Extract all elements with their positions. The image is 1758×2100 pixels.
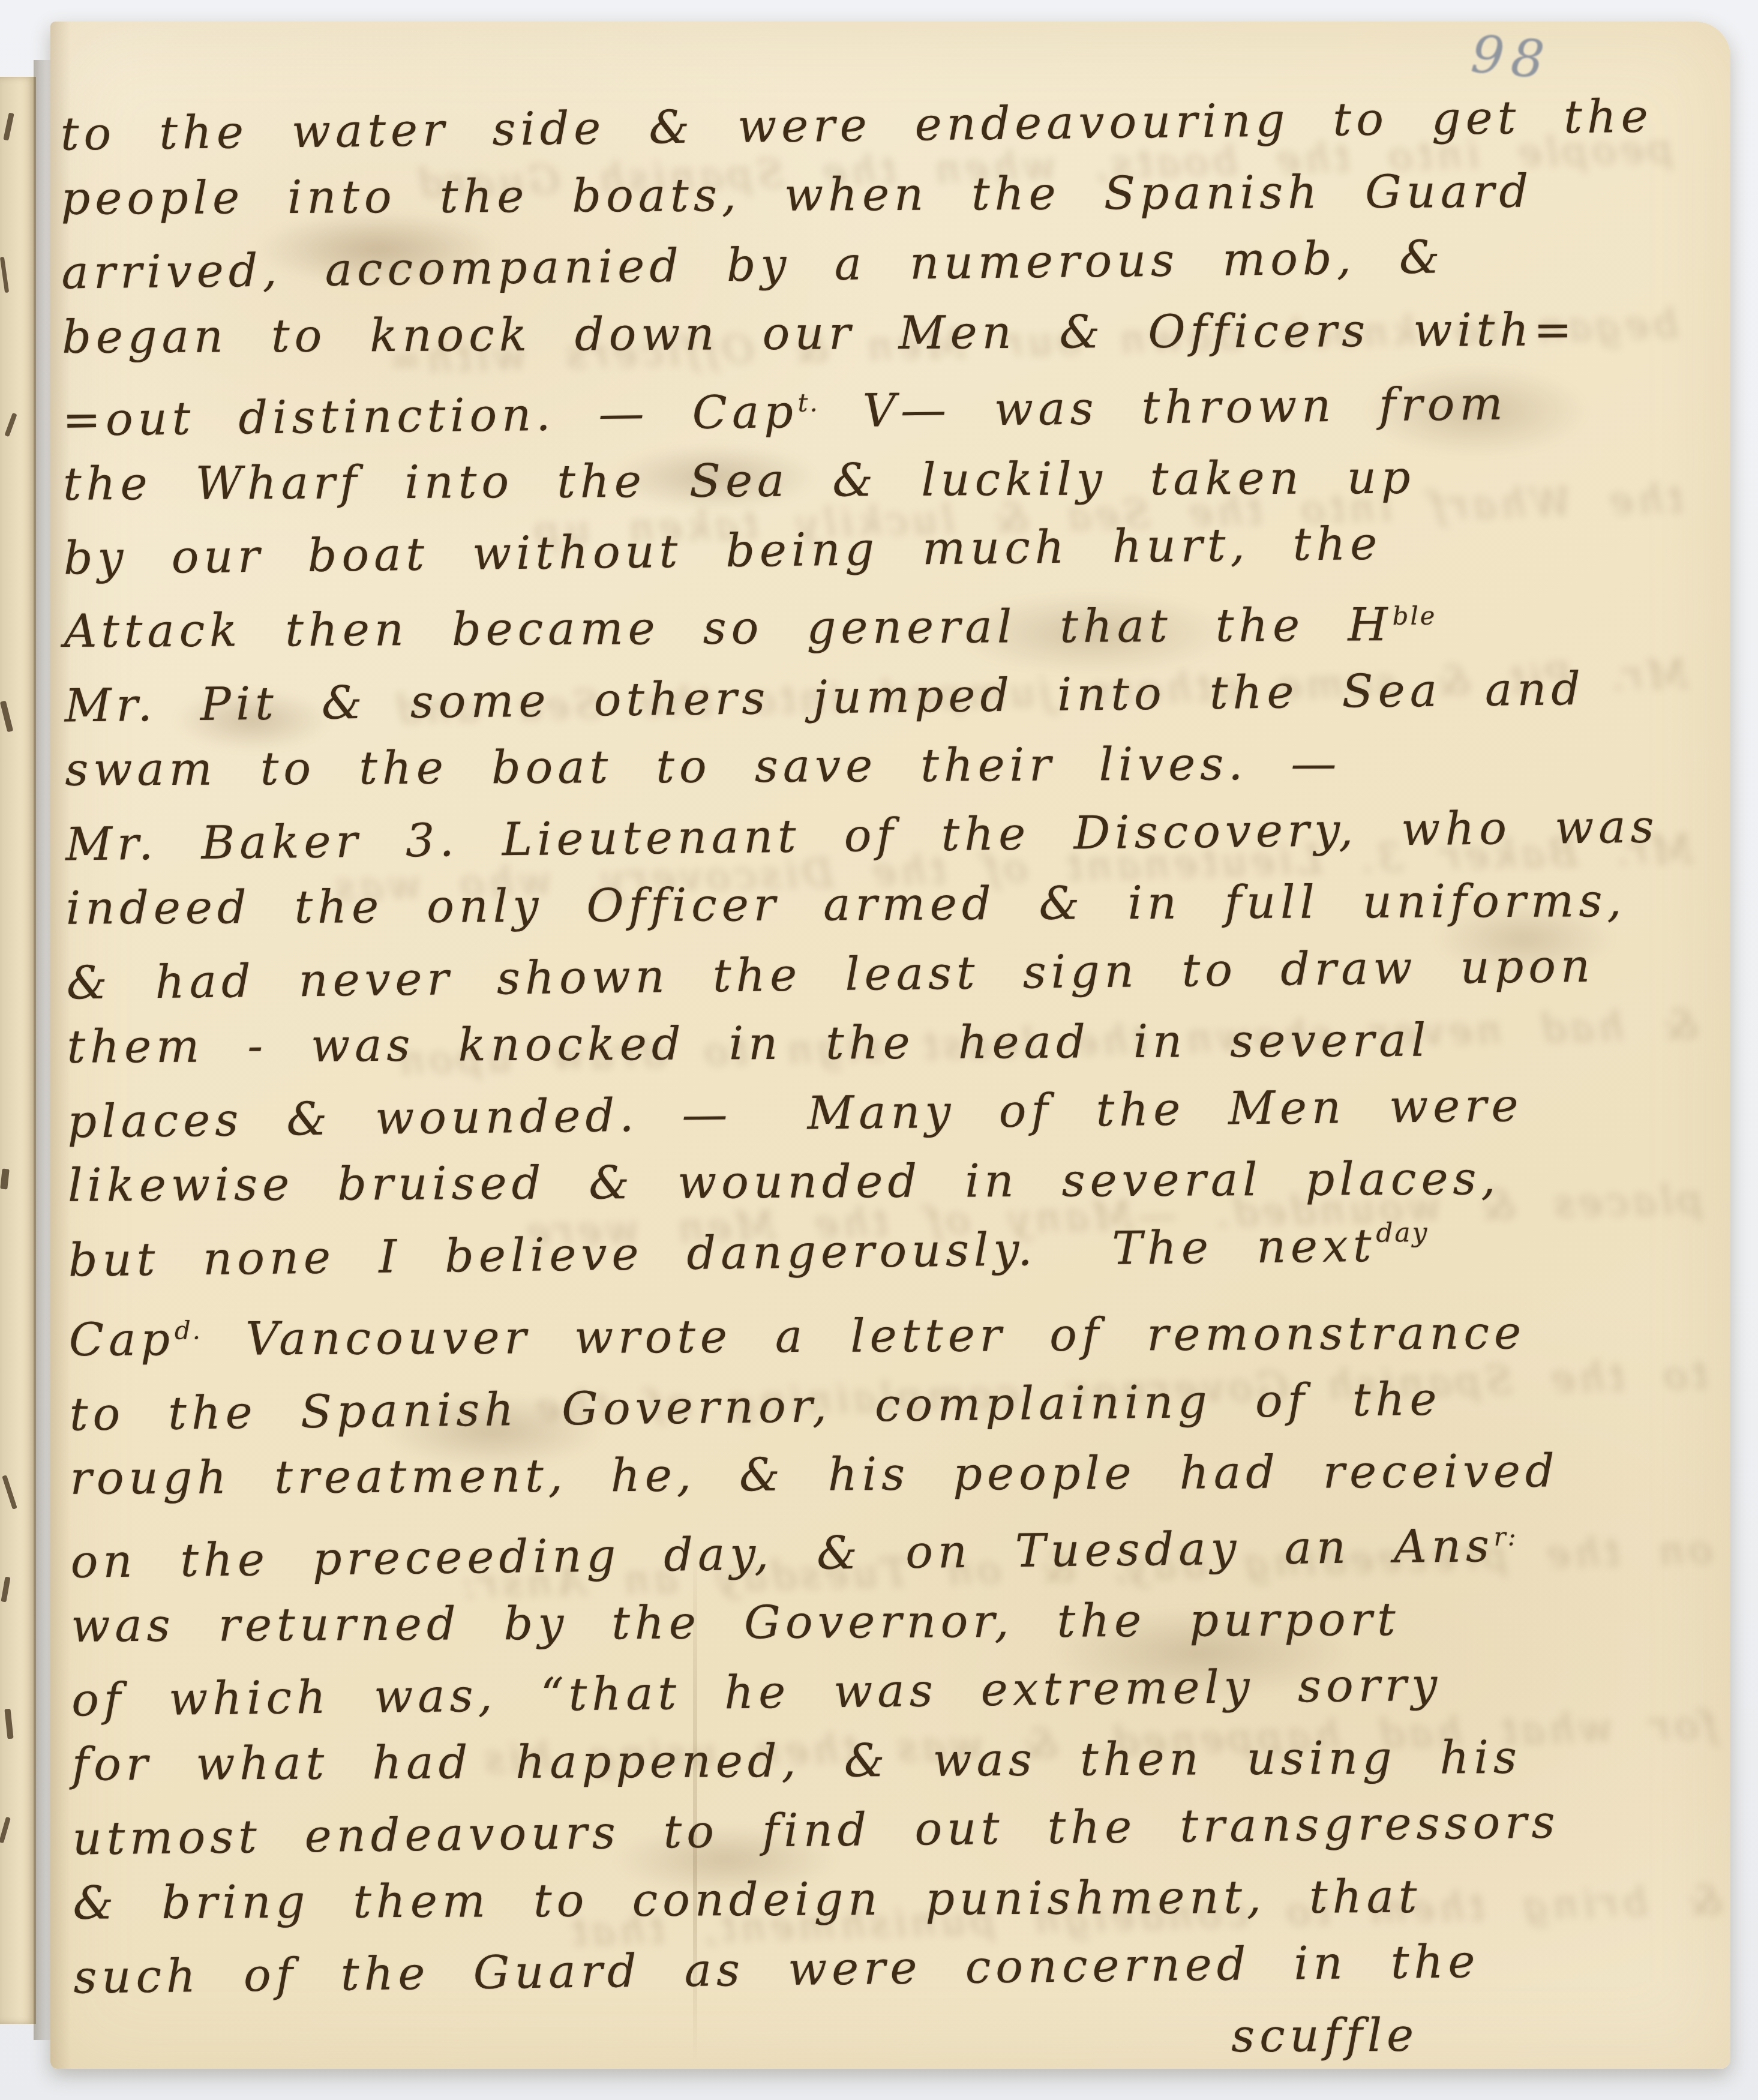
superscript: t. <box>797 388 820 417</box>
superscript: d. <box>175 1316 202 1345</box>
text-segment: Many of the Men were <box>807 1078 1523 1140</box>
adjacent-page-ink-fragment <box>1 1577 10 1603</box>
manuscript-line: Mr. Baker 3. Lieutenant of the Discovery… <box>65 791 1714 879</box>
folio-number-pencil: 98 <box>1469 24 1554 91</box>
text-segment: swam to the boat to save their lives. — <box>65 736 1341 796</box>
manuscript-line: utmost endeavours to find out the transg… <box>72 1786 1720 1874</box>
text-segment: likewise bruised & wounded in several pl… <box>68 1151 1501 1212</box>
text-segment: The next <box>1112 1219 1376 1275</box>
adjacent-page-ink-fragment <box>0 257 9 293</box>
text-segment: Mr. Pit & some others jumped into the Se… <box>64 661 1585 732</box>
adjacent-page-ink-fragment <box>4 413 17 437</box>
text-segment: Attack then became so general that the H <box>64 598 1392 658</box>
adjacent-page-ink-fragment <box>0 701 13 733</box>
manuscript-line: began to knock down our Men & Officers w… <box>62 294 1710 371</box>
scanned-manuscript-page: people into the boats, when the Spanish … <box>0 0 1758 2100</box>
text-segment: Vancouver wrote a letter of remonstrance <box>202 1306 1526 1366</box>
text-segment: for what had happened, & was then using … <box>72 1730 1522 1791</box>
manuscript-line: Capd. Vancouver wrote a letter of remons… <box>69 1288 1717 1374</box>
text-segment: to the water side & were endeavouring to… <box>60 89 1653 161</box>
adjacent-page-ink-fragment <box>4 1709 13 1739</box>
text-segment: =out distinction. — <box>62 386 692 446</box>
manuscript-line: Mr. Pit & some others jumped into the Se… <box>64 652 1712 740</box>
manuscript-line: indeed the only Officer armed & in full … <box>66 865 1714 943</box>
text-segment: began to knock down our Men & Officers w… <box>62 302 1577 363</box>
manuscript-line: places & wounded. —Many of the Men were <box>67 1068 1715 1156</box>
text-segment: places & wounded. — <box>67 1087 733 1148</box>
text-segment: but none I believe dangerously. <box>68 1222 1037 1286</box>
text-segment: the Wharf into the Sea & luckily taken u… <box>63 451 1415 511</box>
manuscript-line: by our boat without being much hurt, the <box>63 505 1711 593</box>
manuscript-line: the Wharf into the Sea & luckily taken u… <box>63 441 1711 518</box>
manuscript-line: rough treatment, he, & his people had re… <box>70 1436 1718 1513</box>
manuscript-line: to the water side & were endeavouring to… <box>60 80 1708 169</box>
text-segment: arrived, accompanied by a numerous mob, … <box>61 230 1445 299</box>
manuscript-line: to the Spanish Governor, complaining of … <box>69 1361 1717 1449</box>
text-segment: utmost endeavours to find out the transg… <box>72 1795 1560 1865</box>
manuscript-line: such of the Guard as were concerned in t… <box>73 1924 1721 2012</box>
text-segment: people into the boats, when the Spanish … <box>61 164 1533 224</box>
manuscript-line: =out distinction. — Capt. V— was thrown … <box>62 358 1710 454</box>
adjacent-page-ink-fragment <box>0 1817 11 1844</box>
text-segment: Mr. Baker 3. Lieutenant of the Discovery… <box>65 799 1659 871</box>
text-segment: indeed the only Officer armed & in full … <box>66 874 1627 935</box>
manuscript-line: on the preceeding day, & on Tuesday an A… <box>70 1499 1718 1596</box>
interlinear-insertion: day <box>1376 1217 1429 1249</box>
manuscript-line: & bring them to condeign punishment, tha… <box>73 1860 1721 1937</box>
text-segment: & had never shown the least sign to draw… <box>66 938 1595 1009</box>
manuscript-text: to the water side & were endeavouring to… <box>61 84 1722 2077</box>
text-segment: scuffle <box>1231 2008 1418 2063</box>
text-segment: of which was, “that he was extremely sor… <box>71 1658 1442 1727</box>
text-segment: Cap <box>692 385 798 439</box>
text-segment: was returned by the Governor, the purpor… <box>71 1592 1400 1652</box>
manuscript-line: but none I believe dangerously.The nextd… <box>68 1207 1716 1302</box>
superscript: r: <box>1493 1522 1518 1551</box>
text-segment: Cap <box>69 1312 175 1366</box>
manuscript-line: swam to the boat to save their lives. — <box>65 727 1713 804</box>
manuscript-line: likewise bruised & wounded in several pl… <box>68 1142 1716 1220</box>
text-segment: V— was thrown from <box>819 377 1508 438</box>
catchword-line: scuffle <box>74 1999 1722 2076</box>
manuscript-line: & had never shown the least sign to draw… <box>66 929 1714 1018</box>
text-segment: such of the Guard as were concerned in t… <box>73 1934 1480 2004</box>
manuscript-line: of which was, “that he was extremely sor… <box>71 1647 1720 1735</box>
text-segment: by our boat without being much hurt, the <box>63 517 1382 585</box>
superscript: ble <box>1392 601 1436 630</box>
manuscript-line: people into the boats, when the Spanish … <box>61 155 1709 233</box>
adjacent-page-ink-fragment <box>0 1168 9 1189</box>
text-segment: rough treatment, he, & his people had re… <box>70 1444 1559 1505</box>
adjacent-page-ink-fragment <box>3 113 14 141</box>
manuscript-line: arrived, accompanied by a numerous mob, … <box>61 219 1709 307</box>
text-segment: to the Spanish Governor, complaining of … <box>69 1372 1442 1441</box>
manuscript-line: for what had happened, & was then using … <box>72 1721 1720 1799</box>
manuscript-line: them - was knocked in the head in severa… <box>67 1004 1715 1081</box>
adjacent-page-edge <box>0 77 36 2024</box>
text-segment: them - was knocked in the head in severa… <box>67 1013 1430 1073</box>
adjacent-page-ink-fragment <box>2 1475 17 1510</box>
text-segment: on the preceeding day, & on Tuesday an A… <box>70 1519 1494 1588</box>
manuscript-line: was returned by the Governor, the purpor… <box>71 1583 1719 1660</box>
text-segment: & bring them to condeign punishment, tha… <box>73 1870 1421 1930</box>
manuscript-line: Attack then became so general that the H… <box>64 580 1712 665</box>
